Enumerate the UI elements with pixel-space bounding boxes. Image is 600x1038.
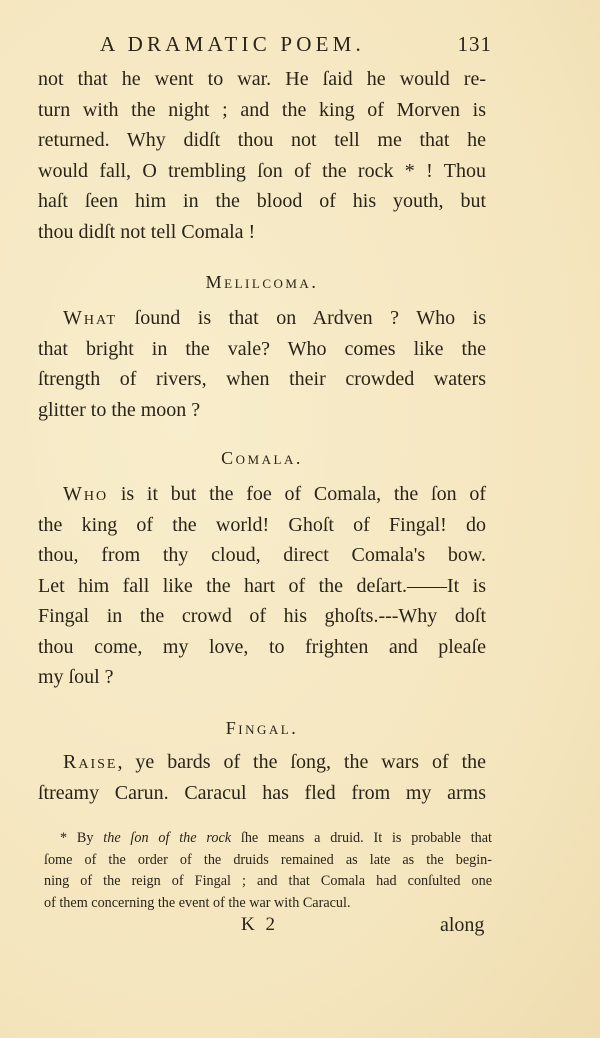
book-page: A DRAMATIC POEM. 131 not that he went to… (0, 0, 600, 1038)
footnote-marker: * By (60, 830, 103, 846)
text-line: is it but the foe of Comala, the ſon of (108, 483, 486, 505)
text-line: turn with the night ; and the king of Mo… (38, 95, 486, 126)
speech-opening-word: Who (63, 483, 108, 505)
page-number: 131 (458, 30, 493, 58)
speech-opening-word: Raise (63, 751, 117, 773)
text-line: ſtreamy Carun. Caracul has fled from my … (38, 778, 486, 809)
catchword: along (440, 914, 484, 937)
speech-opening-word: What (63, 307, 117, 329)
speech-comala: Who is it but the foe of Comala, the ſon… (38, 479, 486, 693)
text-line: ſound is that on Ardven ? Who is (117, 307, 486, 329)
text-line: haſt ſeen him in the blood of his youth,… (38, 186, 486, 217)
speech-melilcoma: What ſound is that on Ardven ? Who is th… (38, 303, 486, 425)
footnote-line: ning of the reign of Fingal ; and that C… (44, 871, 492, 893)
text-line: glitter to the moon ? (38, 395, 486, 426)
footnote: * By the ſon of the rock ſhe means a dru… (44, 828, 492, 914)
footnote-italic-phrase: the ſon of the rock (103, 830, 231, 846)
text-line: thou, from thy cloud, direct Comala's bo… (38, 540, 486, 571)
speaker-heading-fingal: Fingal. (38, 716, 486, 740)
speaker-heading-comala: Comala. (38, 446, 486, 470)
speech-fingal: Raise, ye bards of the ſong, the wars of… (38, 747, 486, 808)
text-line: would fall, O trembling ſon of the rock … (38, 156, 486, 187)
text-line: Let him fall like the hart of the deſart… (38, 571, 486, 602)
running-head: A DRAMATIC POEM. 131 (100, 30, 492, 58)
speaker-heading-melilcoma: Melilcoma. (38, 270, 486, 294)
text-line: thou come, my love, to frighten and plea… (38, 632, 486, 663)
text-line: ſtrength of rivers, when their crowded w… (38, 364, 486, 395)
signature-mark: K 2 (241, 914, 278, 936)
continued-speech: not that he went to war. He ſaid he woul… (38, 64, 486, 247)
text-line: that bright in the vale? Who comes like … (38, 334, 486, 365)
footnote-line: ſome of the order of the druids remained… (44, 850, 492, 872)
footnote-text: ſhe means a druid. It is probable that (231, 830, 492, 846)
text-line: thou didſt not tell Comala ! (38, 217, 486, 248)
footnote-line: of them concerning the event of the war … (44, 893, 492, 915)
text-line: , ye bards of the ſong, the wars of the (117, 751, 486, 773)
text-line: my ſoul ? (38, 662, 486, 693)
text-line: Fingal in the crowd of his ghoſts.---Why… (38, 601, 486, 632)
text-line: the king of the world! Ghoſt of Fingal! … (38, 510, 486, 541)
running-head-title: A DRAMATIC POEM. (100, 30, 365, 58)
text-line: not that he went to war. He ſaid he woul… (38, 64, 486, 95)
text-line: returned. Why didſt thou not tell me tha… (38, 125, 486, 156)
